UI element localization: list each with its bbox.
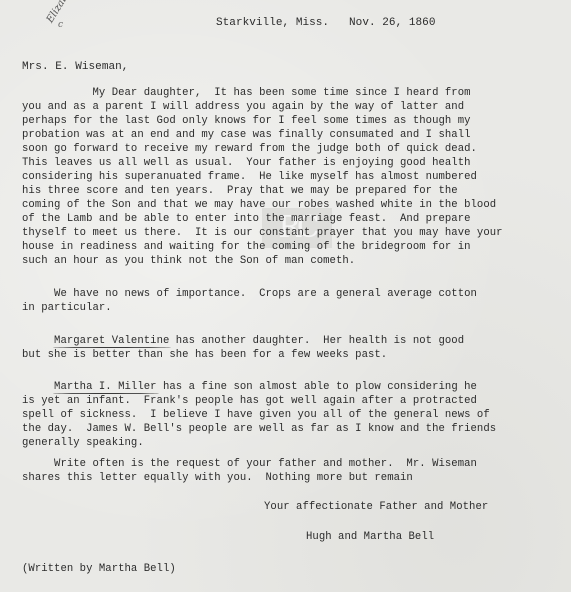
body-line: We have no news of importance. Crops are…: [22, 287, 477, 301]
body-line: you and as a parent I will address you a…: [22, 100, 464, 114]
body-line: the day. James W. Bell's people are well…: [22, 422, 496, 436]
body-line: Martha I. Miller has a fine son almost a…: [22, 380, 477, 394]
salutation: Mrs. E. Wiseman,: [22, 60, 128, 74]
place-date: Starkville, Miss. Nov. 26, 1860: [216, 16, 436, 30]
body-line: considering his superanuated frame. He l…: [22, 170, 477, 184]
body-line: is yet an infant. Frank's people has got…: [22, 394, 477, 408]
body-line: but she is better than she has been for …: [22, 348, 387, 362]
body-line: his three score and ten years. Pray that…: [22, 184, 458, 198]
body-line: My Dear daughter, It has been some time …: [22, 86, 471, 100]
body-line: perhaps for the last God only knows for …: [22, 114, 471, 128]
body-line: soon go forward to receive my reward fro…: [22, 142, 477, 156]
body-line: This leaves us all well as usual. Your f…: [22, 156, 471, 170]
body-text: has another daughter. Her health is not …: [169, 335, 464, 347]
handwritten-mark: c: [58, 20, 63, 30]
body-line: house in readiness and waiting for the c…: [22, 240, 471, 254]
letter-page: Starkville, Miss. Nov. 26, 1860 Elizabet…: [0, 0, 571, 592]
body-line: generally speaking.: [22, 436, 144, 450]
body-line: thyself to meet us there. It is our cons…: [22, 226, 503, 240]
body-line: Write often is the request of your fathe…: [22, 457, 477, 471]
body-line: such an hour as you think not the Son of…: [22, 254, 355, 268]
body-line: in particular.: [22, 301, 112, 315]
body-line: Margaret Valentine has another daughter.…: [22, 334, 464, 348]
body-line: of the Lamb and be able to enter into th…: [22, 212, 471, 226]
underlined-name: Margaret Valentine: [54, 335, 169, 347]
body-line: coming of the Son and that we may have o…: [22, 198, 496, 212]
body-line: shares this letter equally with you. Not…: [22, 471, 413, 485]
footnote: (Written by Martha Bell): [22, 562, 176, 576]
body-text: has a fine son almost able to plow consi…: [157, 381, 477, 393]
closing: Your affectionate Father and Mother: [264, 500, 488, 514]
underlined-name: Martha I. Miller: [54, 381, 157, 393]
body-line: spell of sickness. I believe I have give…: [22, 408, 490, 422]
signature: Hugh and Martha Bell: [306, 530, 434, 544]
body-line: probation was at an end and my case was …: [22, 128, 471, 142]
